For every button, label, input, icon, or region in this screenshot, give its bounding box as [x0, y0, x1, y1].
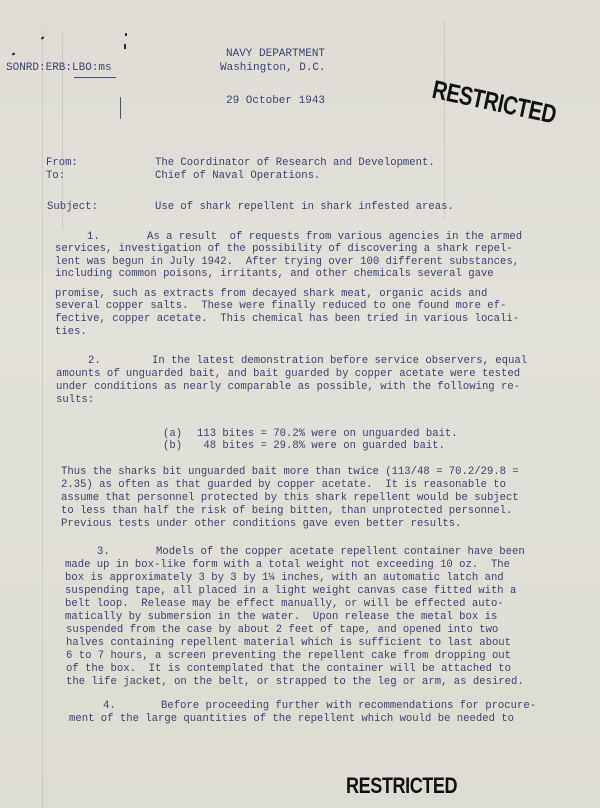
result-b-text: 48 bites = 29.8% were on guarded bait.: [197, 440, 445, 453]
result-a-label: (a): [163, 428, 182, 441]
department-name: NAVY DEPARTMENT: [226, 48, 325, 61]
paragraph-1-line: promise, such as extracts from decayed s…: [55, 288, 487, 301]
paragraph-3-line: matically by submersion in the water. Up…: [65, 611, 497, 624]
paragraph-2-line: sults:: [56, 394, 94, 407]
paper-crease: [444, 20, 445, 220]
paragraph-4-line: Before proceeding further with recommend…: [161, 700, 536, 713]
paragraph-1-line: lent was begun in July 1942. After tryin…: [55, 256, 519, 269]
paragraph-1-line: several copper salts. These were finally…: [55, 300, 506, 313]
paragraph-2-followup: assume that personnel protected by this …: [61, 492, 519, 505]
paragraph-2-followup: 2.35) as often as that guarded by copper…: [61, 479, 506, 492]
ink-speck: [12, 52, 16, 55]
subject-label: Subject:: [47, 201, 98, 214]
paragraph-2-line: under conditions as nearly comparable as…: [56, 381, 520, 394]
result-a-text: 113 bites = 70.2% were on unguarded bait…: [197, 428, 458, 441]
paragraph-2-line: amounts of unguarded bait, and bait guar…: [56, 368, 520, 381]
paragraph-3-line: belt loop. Release may be effect manuall…: [65, 598, 504, 611]
paper-crease: [42, 30, 43, 808]
paragraph-1-line: As a result of requests from various age…: [147, 231, 522, 244]
paragraph-2-line: In the latest demonstration before servi…: [152, 355, 527, 368]
paragraph-1-line: ties.: [55, 326, 87, 339]
paragraph-2-followup: Thus the sharks bit unguarded bait more …: [61, 466, 519, 479]
ink-speck: [125, 33, 127, 36]
restricted-stamp-bottom: RESTRICTED: [346, 773, 457, 799]
file-reference: SONRD:ERB:LBO:ms: [6, 62, 112, 75]
paragraph-3-line: box is approximately 3 by 3 by 1¼ inches…: [65, 572, 504, 585]
paragraph-3-line: halves containing repellent material whi…: [66, 637, 511, 650]
paragraph-3-line: Models of the copper acetate repellent c…: [156, 546, 525, 559]
paper-crease: [62, 30, 63, 230]
memo-date: 29 October 1943: [226, 95, 325, 108]
ink-mark: [120, 97, 121, 119]
department-location: Washington, D.C.: [220, 62, 326, 75]
to-value: Chief of Naval Operations.: [155, 170, 320, 183]
paragraph-3-line: the life jacket, on the belt, or strappe…: [66, 676, 524, 689]
paragraph-1-line: fective, copper acetate. This chemical h…: [55, 313, 519, 326]
paragraph-3-line: suspending tape, all placed in a light w…: [65, 585, 516, 598]
paragraph-3-line: 6 to 7 hours, a screen preventing the re…: [66, 650, 511, 663]
file-reference-underline: [74, 77, 116, 78]
paragraph-3-line: of the box. It is contemplated that the …: [66, 663, 511, 676]
ink-speck: [41, 36, 45, 39]
paragraph-1-line: services, investigation of the possibili…: [55, 243, 513, 256]
paragraph-3-line: made up in box-like form with a total we…: [65, 559, 510, 572]
paragraph-3-line: suspended from the case by about 2 feet …: [66, 624, 498, 637]
from-label: From:: [46, 157, 78, 170]
ink-speck: [124, 44, 126, 49]
paragraph-4-number: 4.: [103, 700, 116, 713]
paragraph-2-number: 2.: [88, 355, 101, 368]
from-value: The Coordinator of Research and Developm…: [155, 157, 435, 170]
memo-page: SONRD:ERB:LBO:ms NAVY DEPARTMENT Washing…: [0, 0, 600, 808]
paragraph-3-number: 3.: [97, 546, 110, 559]
to-label: To:: [46, 170, 65, 183]
paragraph-1-line: including common poisons, irritants, and…: [55, 268, 494, 281]
restricted-stamp-top: RESTRICTED: [430, 74, 559, 130]
paragraph-2-followup: Previous tests under other conditions ga…: [61, 518, 462, 531]
result-b-label: (b): [163, 440, 182, 453]
paragraph-4-line: ment of the large quantities of the repe…: [69, 713, 514, 726]
subject-value: Use of shark repellent in shark infested…: [155, 201, 454, 214]
paragraph-2-followup: to less than half the risk of being bitt…: [61, 505, 512, 518]
paragraph-1-number: 1.: [87, 231, 100, 244]
